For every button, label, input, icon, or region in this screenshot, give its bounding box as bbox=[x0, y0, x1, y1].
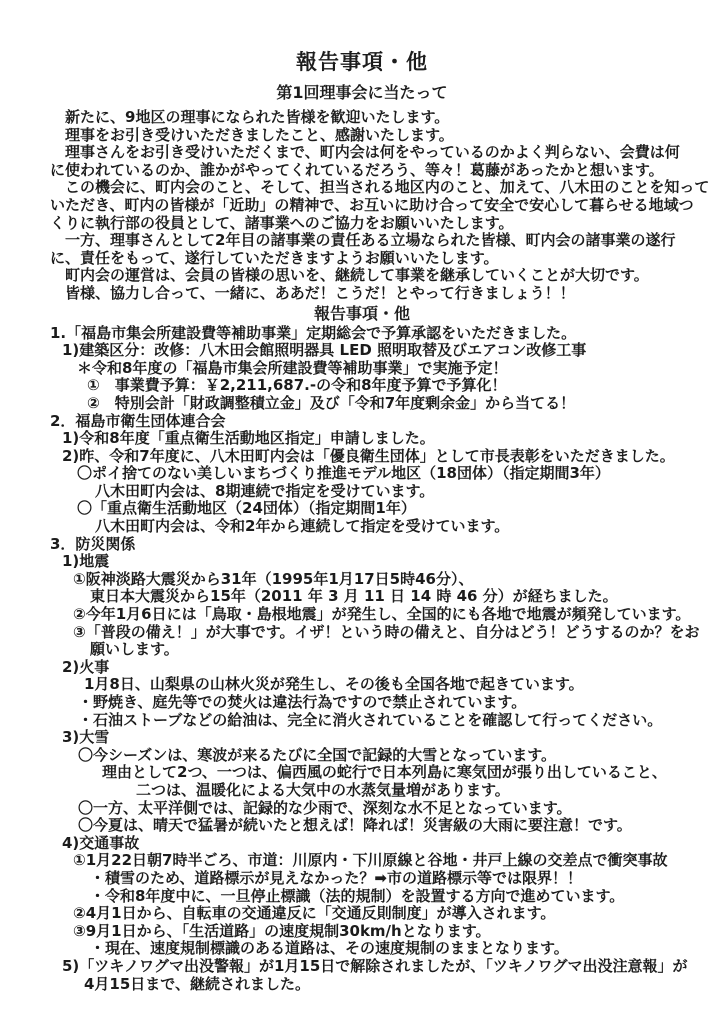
document-page: 報告事項・他 第1回理事会に当たって 新たに、9地区の理事になられた皆様を歓迎い… bbox=[0, 0, 724, 1024]
text-line: 4月15日まで、継続されました。 bbox=[0, 976, 724, 994]
text-line: ①阪神淡路大震災から31年（1995年1月17日5時46分）、 bbox=[0, 571, 724, 589]
text-line: 〇「重点衛生活動地区（24団体）（指定期間1年） bbox=[0, 500, 724, 518]
text-line: ＊令和8年度の「福島市集会所建設費等補助事業」で実施予定！ bbox=[0, 360, 724, 378]
text-line: 理事をお引き受けいただきましたこと、感謝いたします。 bbox=[0, 127, 724, 145]
text-line: 理由として2つ、一つは、偏西風の蛇行で日本列島に寒気団が張り出していること、 bbox=[0, 764, 724, 782]
text-line: 〇ポイ捨てのない美しいまちづくり推進モデル地区（18団体）（指定期間3年） bbox=[0, 465, 724, 483]
text-line: 東日本大震災から15年（2011 年 3 月 11 日 14 時 46 分）が経… bbox=[0, 588, 724, 606]
report-section: 1.「福島市集会所建設費等補助事業」定期総会で予算承認をいただきました。1)建築… bbox=[0, 325, 724, 994]
text-line: 〇一方、太平洋側では、記録的な少雨で、深刻な水不足となっています。 bbox=[0, 800, 724, 818]
text-line: ・現在、速度規制標識のある道路は、その速度規制のままとなります。 bbox=[0, 940, 724, 958]
text-line: 〇今夏は、晴天で猛暑が続いたと想えば！降れば！災害級の大雨に要注意！です。 bbox=[0, 817, 724, 835]
text-line: 2)火事 bbox=[0, 659, 724, 677]
text-line: ② 特別会計「財政調整積立金」及び「令和7年度剰余金」から当てる！ bbox=[0, 395, 724, 413]
text-line: 4)交通事故 bbox=[0, 835, 724, 853]
text-line: 1)令和8年度「重点衛生活動地区指定」申請しました。 bbox=[0, 430, 724, 448]
text-line: ③9月1日から、「生活道路」の速度規制30km/hとなります。 bbox=[0, 923, 724, 941]
text-line: 2)昨、令和7年度に、八木田町内会は「優良衛生団体」として市長表彰をいただきまし… bbox=[0, 448, 724, 466]
document-title: 報告事項・他 bbox=[0, 50, 724, 75]
text-line: 1)建築区分：改修：八木田会館照明器具 LED 照明取替及びエアコン改修工事 bbox=[0, 342, 724, 360]
text-line: ②今年1月6日には「鳥取・島根地震」が発生し、全国的にも各地で地震が頻発していま… bbox=[0, 606, 724, 624]
text-line: ・石油ストーブなどの給油は、完全に消火されていることを確認して行ってください。 bbox=[0, 712, 724, 730]
text-line: 理事さんをお引き受けいただくまで、町内会は何をやっているのかよく判らない、会費は… bbox=[0, 144, 724, 162]
text-line: 皆様、協力し合って、一緒に、ああだ！こうだ！とやって行きましょう！！ bbox=[0, 285, 724, 303]
text-line: 八木田町内会は、令和2年から連続して指定を受けています。 bbox=[0, 518, 724, 536]
report-section-heading: 報告事項・他 bbox=[0, 304, 724, 324]
text-line: くりに執行部の役員として、諸事業へのご協力をお願いいたします。 bbox=[0, 215, 724, 233]
text-line: 3)大雪 bbox=[0, 729, 724, 747]
text-line: ・野焼き、庭先等での焚火は違法行為ですので禁止されています。 bbox=[0, 694, 724, 712]
text-line: いただき、町内の皆様が「近助」の精神で、お互いに助け合って安全で安心して暮らせる… bbox=[0, 197, 724, 215]
text-line: に使われているのか、誰かがやってくれているだろう、等々！葛藤があったかと想います… bbox=[0, 162, 724, 180]
text-line: ③「普段の備え！」が大事です。イザ！という時の備えと、自分はどう！どうするのか？… bbox=[0, 624, 724, 642]
intro-section: 新たに、9地区の理事になられた皆様を歓迎いたします。 理事をお引き受けいただきま… bbox=[0, 109, 724, 303]
text-line: ②4月1日から、自転車の交通違反に「交通反則制度」が導入されます。 bbox=[0, 905, 724, 923]
text-line: ・令和8年度中に、一旦停止標識（法的規制）を設置する方向で進めています。 bbox=[0, 888, 724, 906]
text-line: 八木田町内会は、8期連続で指定を受けています。 bbox=[0, 483, 724, 501]
text-line: 1月8日、山梨県の山林火災が発生し、その後も全国各地で起きています。 bbox=[0, 676, 724, 694]
text-line: 町内会の運営は、会員の皆様の思いを、継続して事業を継承していくことが大切です。 bbox=[0, 267, 724, 285]
text-line: に、責任をもって、遂行していただきますようお願いいたします。 bbox=[0, 250, 724, 268]
text-line: 1.「福島市集会所建設費等補助事業」定期総会で予算承認をいただきました。 bbox=[0, 325, 724, 343]
text-line: 一方、理事さんとして2年目の諸事業の責任ある立場なられた皆様、町内会の諸事業の遂… bbox=[0, 232, 724, 250]
text-line: 二つは、温暖化による大気中の水蒸気量増があります。 bbox=[0, 782, 724, 800]
text-line: 2．福島市衛生団体連合会 bbox=[0, 413, 724, 431]
text-line: 3．防災関係 bbox=[0, 536, 724, 554]
text-line: 〇今シーズンは、寒波が来るたびに全国で記録的大雪となっています。 bbox=[0, 747, 724, 765]
text-line: この機会に、町内会のこと、そして、担当される地区内のこと、加えて、八木田のことを… bbox=[0, 179, 724, 197]
text-line: ①1月22日朝7時半ごろ、市道：川原内・下川原線と谷地・井戸上線の交差点で衝突事… bbox=[0, 852, 724, 870]
text-line: ① 事業費予算：￥2,211,687.-の令和8年度予算で予算化！ bbox=[0, 377, 724, 395]
document-subtitle: 第1回理事会に当たって bbox=[0, 83, 724, 103]
text-line: 願いします。 bbox=[0, 641, 724, 659]
text-line: ・積雪のため、道路標示が見えなかった？➡市の道路標示等では限界！！ bbox=[0, 870, 724, 888]
text-line: 5)「ツキノワグマ出没警報」が1月15日で解除されましたが、「ツキノワグマ出没注… bbox=[0, 958, 724, 976]
text-line: 1)地震 bbox=[0, 553, 724, 571]
text-line: 新たに、9地区の理事になられた皆様を歓迎いたします。 bbox=[0, 109, 724, 127]
